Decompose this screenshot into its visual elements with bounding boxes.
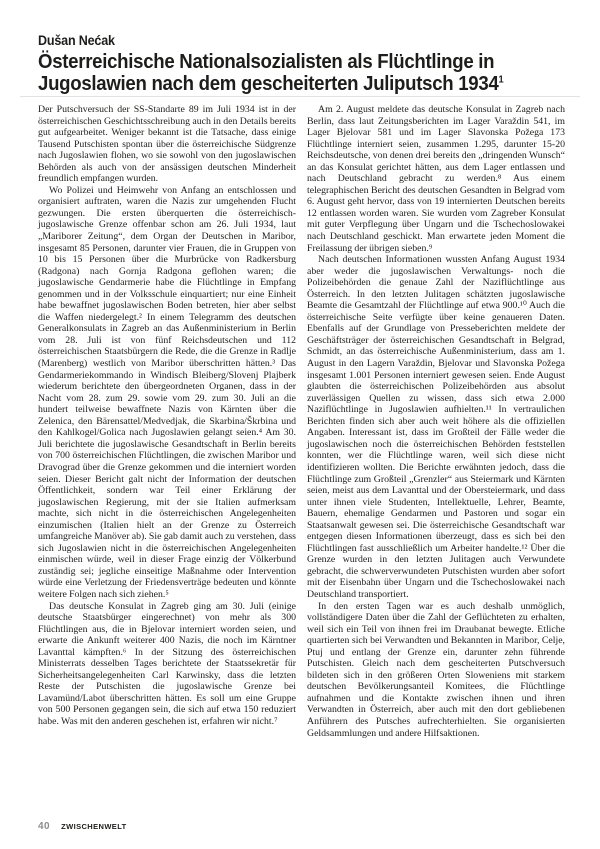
paragraph: Am 2. August meldete das deutsche Konsul…: [307, 104, 565, 254]
left-column: Der Putschversuch der SS-Standarte 89 im…: [38, 104, 296, 739]
page-footer: 40 ZWISCHENWELT: [38, 821, 127, 832]
paragraph: Der Putschversuch der SS-Standarte 89 im…: [38, 104, 296, 185]
article-title: Österreichische Nationalsozialisten als …: [38, 52, 503, 95]
right-column: Am 2. August meldete das deutsche Konsul…: [307, 104, 565, 739]
paragraph: Das deutsche Konsulat in Zagreb ging am …: [38, 601, 296, 728]
page-number: 40: [38, 821, 50, 832]
title-footnote-marker: 1: [499, 74, 504, 85]
paragraph: Nach deutschen Informationen wussten Anf…: [307, 254, 565, 600]
article-page: Dušan Nećak Österreichische Nationalsozi…: [0, 0, 600, 849]
journal-name: ZWISCHENWELT: [61, 822, 127, 831]
article-header: Dušan Nećak Österreichische Nationalsozi…: [38, 33, 503, 95]
paragraph: Wo Polizei und Heimwehr von Anfang an en…: [38, 185, 296, 601]
paragraph: In den ersten Tagen war es auch deshalb …: [307, 601, 565, 740]
article-body: Der Putschversuch der SS-Standarte 89 im…: [38, 104, 565, 739]
article-title-line2: Jugoslawien nach dem gescheiterten Julip…: [38, 74, 503, 96]
article-title-line1: Österreichische Nationalsozialisten als …: [38, 52, 503, 74]
author-name: Dušan Nećak: [38, 33, 503, 49]
header-divider-rule: [20, 96, 580, 97]
